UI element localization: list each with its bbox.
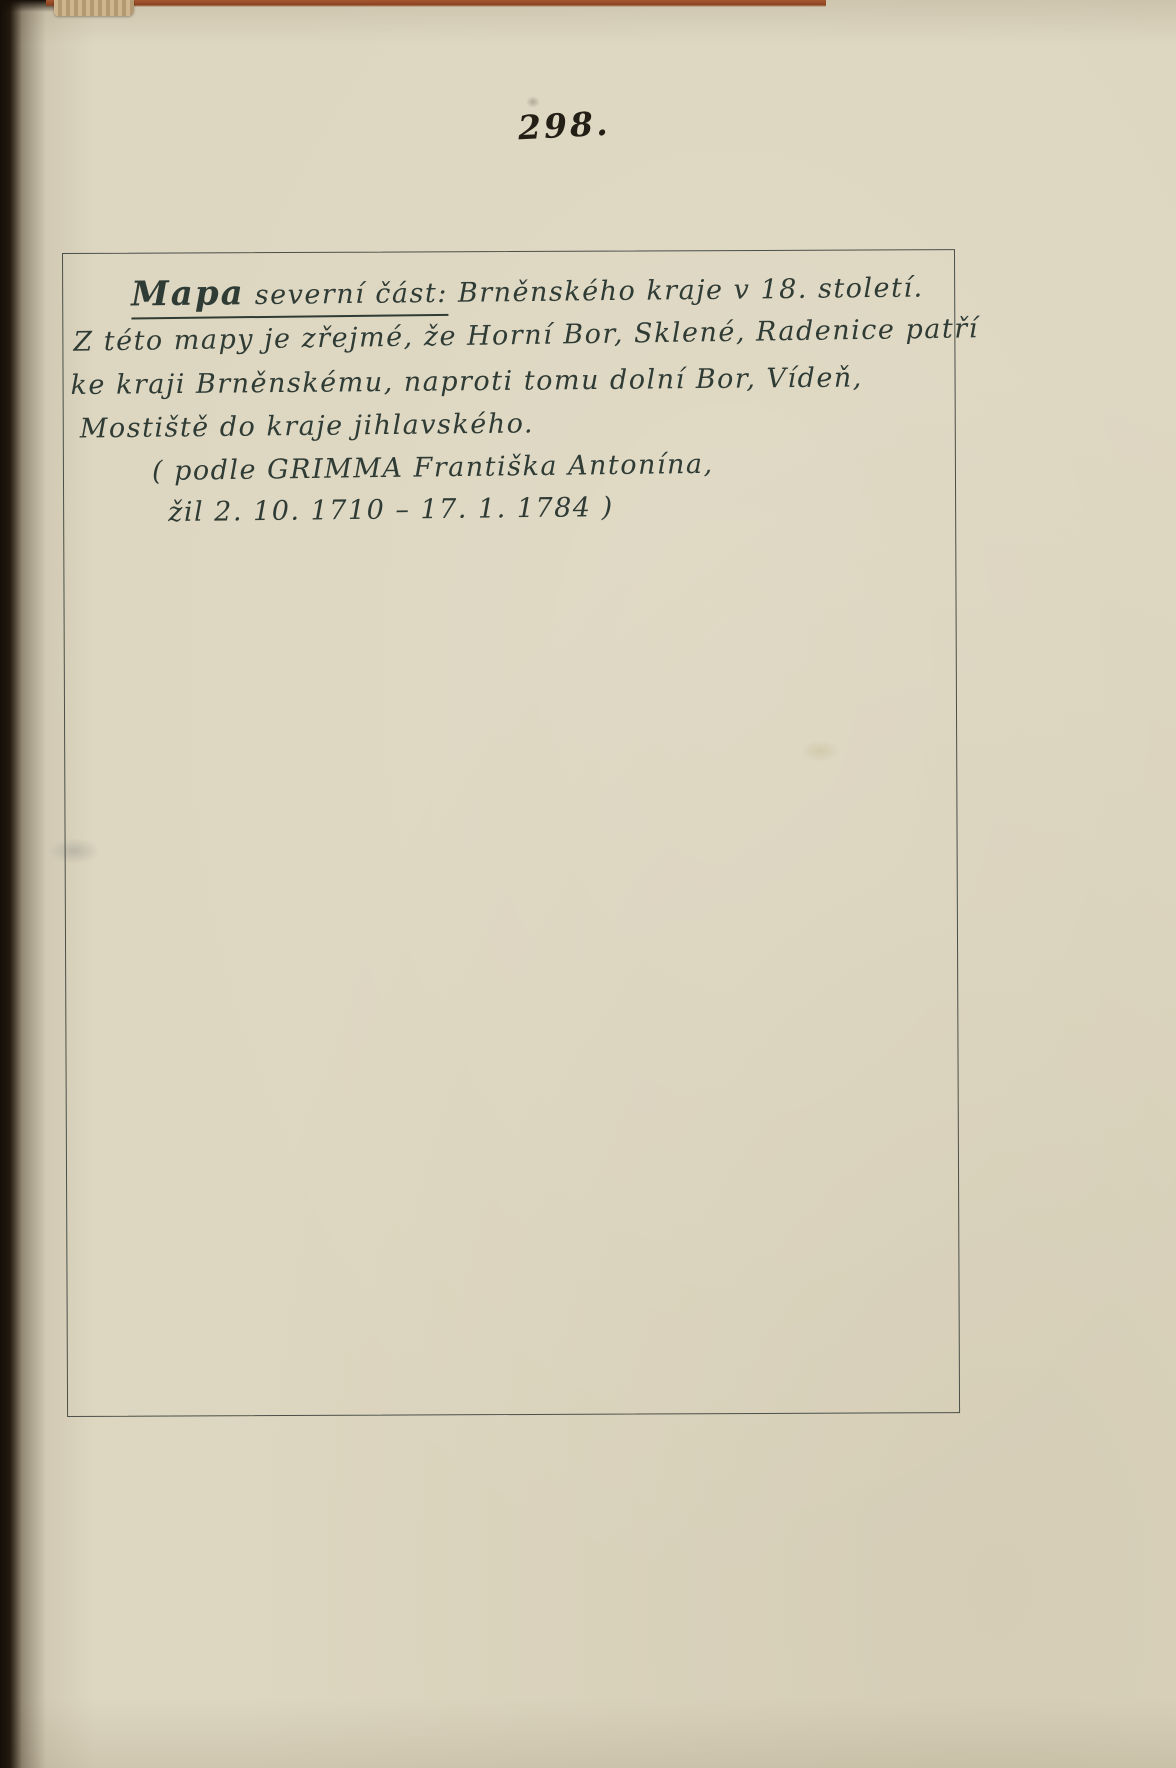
note-line: žil 2. 10. 1710 – 17. 1. 1784 ): [168, 492, 614, 528]
photographed-page: 298. Mapa severní část: Brněnského kraje…: [0, 0, 1176, 1768]
note-line: Mostiště do kraje jihlavského.: [80, 408, 535, 444]
note-heading-word: Mapa: [131, 273, 245, 314]
page-number: 298.: [517, 104, 611, 148]
note-heading: Mapa severní část: Brněnského kraje v 18…: [131, 265, 924, 319]
note-heading-rest: Brněnského kraje v 18. století.: [448, 272, 924, 308]
note-frame: Mapa severní část: Brněnského kraje v 18…: [62, 249, 960, 1417]
note-heading-underlined: Mapa severní část:: [131, 271, 448, 320]
note-line: ( podle GRIMMA Františka Antonína,: [152, 449, 714, 487]
note-heading-underlined-rest: severní část:: [245, 278, 449, 311]
book-cover-edge: [46, 0, 826, 7]
note-line: ke kraji Brněnskému, naproti tomu dolní …: [70, 362, 863, 401]
book-binding-shadow: [0, 0, 46, 1768]
note-line: Z této mapy je zřejmé, že Horní Bor, Skl…: [73, 313, 979, 357]
paper-stain: [526, 96, 540, 108]
headband-fabric: [54, 0, 134, 16]
